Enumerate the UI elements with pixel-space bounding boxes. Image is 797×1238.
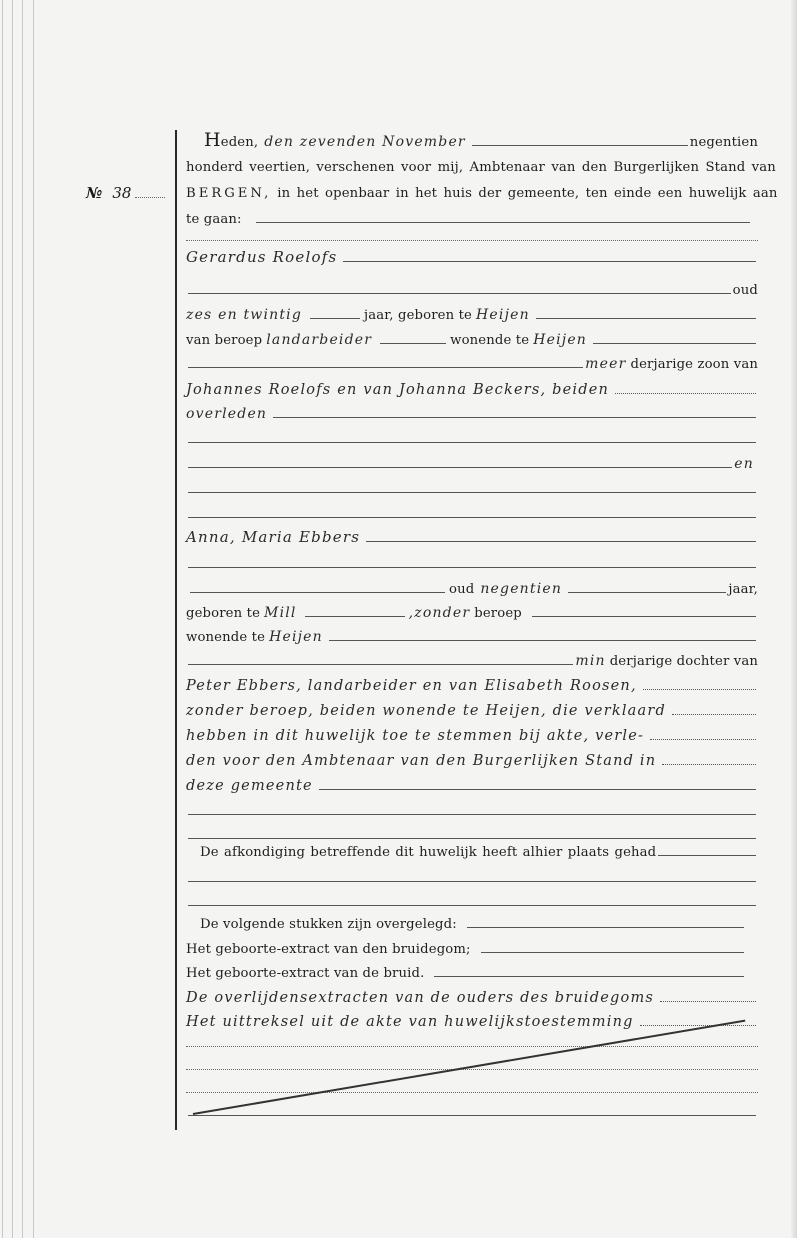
bride-name-line: Anna, Maria Ebbers bbox=[186, 524, 758, 546]
bride-name: Anna, Maria Ebbers bbox=[186, 528, 364, 546]
bride-parents-line-3: hebben in dit huwelijk toe te stemmen bi… bbox=[186, 722, 758, 744]
marriage-date: den zevenden November bbox=[264, 134, 470, 150]
number-sign: № bbox=[86, 184, 102, 202]
bride-parents-line-2: zonder beroep, beiden wonende te Heijen,… bbox=[186, 697, 758, 719]
page-edge-line bbox=[22, 0, 23, 1238]
groom-birthplace: Heijen bbox=[476, 307, 534, 323]
groom-oud-line: oud bbox=[186, 276, 758, 298]
groom-occupation-line: van beroep landarbeider wonende te Heije… bbox=[186, 326, 758, 348]
margin-rule bbox=[175, 130, 177, 1130]
opening-line-3: BERGEN, in het openbaar in het huis der … bbox=[186, 179, 758, 201]
page-edge-line bbox=[12, 0, 13, 1238]
documents-handwritten-1: De overlijdensextracten van de ouders de… bbox=[186, 984, 758, 1006]
bride-age-line: oud negentien jaar, bbox=[186, 575, 758, 597]
proclamation-line: De afkondiging betreffende dit huwelijk … bbox=[186, 838, 758, 860]
groom-occupation: landarbeider bbox=[266, 332, 376, 348]
groom-parents-line-2: overleden bbox=[186, 400, 758, 422]
groom-name: Gerardus Roelofs bbox=[186, 248, 341, 266]
documents-item-2: Het geboorte-extract van de bruid. bbox=[186, 959, 758, 981]
bride-parents-line-1: Peter Ebbers, landarbeider en van Elisab… bbox=[186, 672, 758, 694]
en-line: en bbox=[186, 450, 758, 472]
page-right-edge bbox=[791, 0, 797, 1238]
opening-line-1: Heden, den zevenden November negentien bbox=[186, 128, 758, 150]
page-edge-line bbox=[33, 0, 34, 1238]
bride-residence-line: wonende te Heijen bbox=[186, 623, 758, 645]
documents-handwritten-2: Het uittreksel uit de akte van huwelijks… bbox=[186, 1008, 758, 1030]
page-edge-line bbox=[2, 0, 3, 1238]
bride-parents-line-4: den voor den Ambtenaar van den Burgerlij… bbox=[186, 747, 758, 769]
bride-majority: min bbox=[575, 653, 609, 669]
bride-birthplace: Mill bbox=[264, 605, 301, 621]
municipality: BERGEN, bbox=[186, 186, 271, 201]
akte-number-value: 38 bbox=[112, 184, 131, 202]
groom-age-line: zes en twintig jaar, geboren te Heijen bbox=[186, 301, 758, 323]
documents-item-1: Het geboorte-extract van den bruidegom; bbox=[186, 935, 758, 957]
groom-majority-line: meer derjarige zoon van bbox=[186, 350, 758, 372]
bride-residence: Heijen bbox=[269, 629, 327, 645]
akte-number: № 38 bbox=[86, 184, 165, 202]
opening-line-2: honderd veertien, verschenen voor mij, A… bbox=[186, 153, 758, 175]
documents-intro-line: De volgende stukken zijn overgelegd: bbox=[186, 910, 758, 932]
bride-birthplace-line: geboren te Mill ,zonder beroep bbox=[186, 599, 758, 621]
groom-name-line: Gerardus Roelofs bbox=[186, 244, 758, 266]
groom-residence: Heijen bbox=[533, 332, 591, 348]
groom-age: zes en twintig bbox=[186, 307, 306, 323]
bride-occupation: ,zonder bbox=[409, 605, 475, 621]
groom-parents-status: overleden bbox=[186, 406, 271, 422]
groom-parents: Johannes Roelofs en van Johanna Beckers,… bbox=[186, 382, 613, 398]
bride-age: negentien bbox=[480, 581, 566, 597]
groom-majority: meer bbox=[585, 356, 630, 372]
bride-majority-line: min derjarige dochter van bbox=[186, 647, 758, 669]
bride-parents-line-5: deze gemeente bbox=[186, 772, 758, 794]
opening-line-4: te gaan: bbox=[186, 205, 758, 227]
groom-parents-line-1: Johannes Roelofs en van Johanna Beckers,… bbox=[186, 376, 758, 398]
